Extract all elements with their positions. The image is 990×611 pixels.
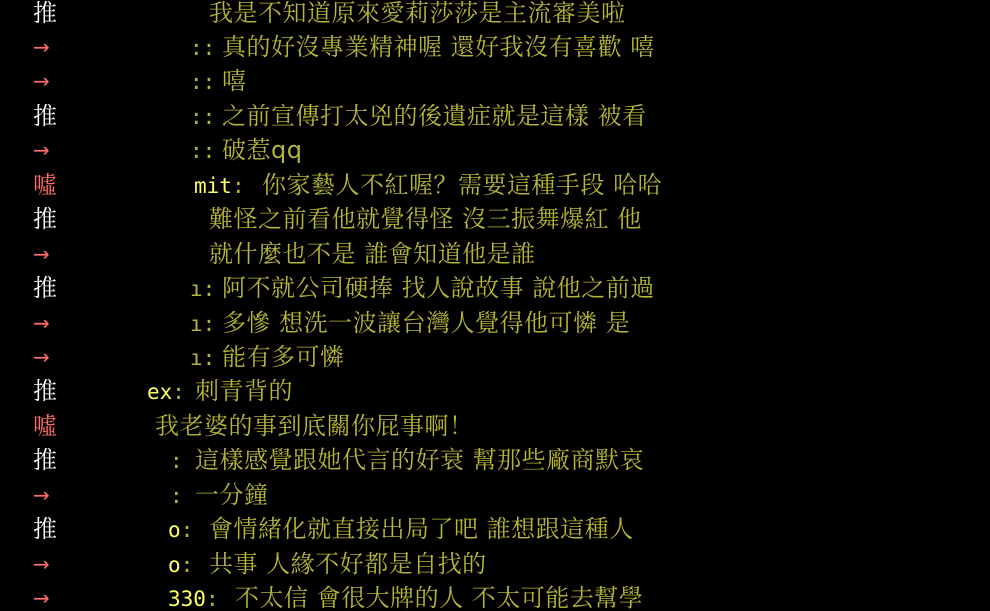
comment-text: 嘻 bbox=[222, 64, 247, 98]
arrow-tag: → bbox=[33, 581, 50, 611]
arrow-tag: → bbox=[33, 478, 50, 512]
comment-text: 阿不就公司硬捧 找人說故事 說他之前過 bbox=[222, 271, 655, 305]
boo-tag: 噓 bbox=[33, 409, 57, 443]
boo-tag: 噓 bbox=[33, 168, 57, 202]
comment-row: 推 我是不知道原來愛莉莎莎是主流審美啦 bbox=[0, 0, 990, 30]
comment-text: 多慘 想洗一波讓台灣人覺得他可憐 是 bbox=[222, 306, 630, 340]
comment-separator: : bbox=[206, 587, 219, 611]
push-tag: 推 bbox=[33, 99, 57, 133]
comment-separator: : bbox=[170, 449, 183, 473]
comment-row: 推 : 這樣感覺跟她代言的好衰 幫那些廠商默哀 bbox=[0, 443, 990, 477]
comment-text: 真的好沒專業精神喔 還好我沒有喜歡 嘻 bbox=[222, 30, 655, 64]
user-id: ex bbox=[147, 380, 172, 404]
comment-row: 推 ex: 刺青背的 bbox=[0, 374, 990, 408]
arrow-tag: → bbox=[33, 237, 50, 271]
push-tag: 推 bbox=[33, 443, 57, 477]
comment-text: 破惹qq bbox=[222, 133, 302, 167]
comment-row: 推 :: 之前宣傳打太兇的後遺症就是這樣 被看 bbox=[0, 99, 990, 133]
arrow-tag: → bbox=[33, 64, 50, 98]
comment-text: 刺青背的 bbox=[195, 374, 293, 408]
comment-text: 能有多可憐 bbox=[222, 340, 345, 374]
comment-text: 我是不知道原來愛莉莎莎是主流審美啦 bbox=[209, 0, 626, 30]
comment-separator: : bbox=[181, 553, 194, 577]
comment-separator: : bbox=[172, 380, 185, 404]
arrow-tag: → bbox=[33, 30, 50, 64]
comment-separator: :: bbox=[190, 139, 215, 163]
comment-separator: :: bbox=[190, 70, 215, 94]
comment-text: 就什麼也不是 誰會知道他是誰 bbox=[209, 237, 536, 271]
comment-row: 噓 我老婆的事到底關你屁事啊！ bbox=[0, 409, 990, 443]
ptt-terminal-comment-view: 推 我是不知道原來愛莉莎莎是主流審美啦 → :: 真的好沒專業精神喔 還好我沒有… bbox=[0, 0, 990, 611]
arrow-tag: → bbox=[33, 547, 50, 581]
comment-row: 推 ı: 阿不就公司硬捧 找人說故事 說他之前過 bbox=[0, 271, 990, 305]
push-tag: 推 bbox=[33, 0, 57, 30]
comment-row: → :: 破惹qq bbox=[0, 133, 990, 167]
user-id: o bbox=[168, 518, 181, 542]
comment-row: → ı: 能有多可憐 bbox=[0, 340, 990, 374]
arrow-tag: → bbox=[33, 340, 50, 374]
comment-row: → :: 嘻 bbox=[0, 64, 990, 98]
comment-separator: ı: bbox=[190, 312, 215, 336]
comment-row: → 就什麼也不是 誰會知道他是誰 bbox=[0, 237, 990, 271]
arrow-tag: → bbox=[33, 133, 50, 167]
comment-separator: : bbox=[232, 174, 245, 198]
comment-separator: :: bbox=[190, 105, 215, 129]
comment-text: 我老婆的事到底關你屁事啊！ bbox=[155, 409, 474, 443]
comment-text: 之前宣傳打太兇的後遺症就是這樣 被看 bbox=[222, 99, 647, 133]
comment-text: 你家藝人不紅喔？需要這種手段 哈哈 bbox=[262, 168, 662, 202]
comment-row: → :: 真的好沒專業精神喔 還好我沒有喜歡 嘻 bbox=[0, 30, 990, 64]
comment-text: 一分鐘 bbox=[195, 478, 269, 512]
user-id: o bbox=[168, 553, 181, 577]
comment-row: 推 o: 會情緒化就直接出局了吧 誰想跟這種人 bbox=[0, 512, 990, 546]
comment-text: 難怪之前看他就覺得怪 沒三振舞爆紅 他 bbox=[209, 202, 642, 236]
comment-text: 這樣感覺跟她代言的好衰 幫那些廠商默哀 bbox=[195, 443, 644, 477]
push-tag: 推 bbox=[33, 374, 57, 408]
comment-text: 會情緒化就直接出局了吧 誰想跟這種人 bbox=[209, 512, 634, 546]
comment-row: → 330: 不太信 會很大牌的人 不太可能去幫學 bbox=[0, 581, 990, 611]
user-id: mit bbox=[194, 174, 232, 198]
push-tag: 推 bbox=[33, 271, 57, 305]
comment-separator: : bbox=[170, 484, 183, 508]
comment-separator: :: bbox=[190, 36, 215, 60]
comment-text: 共事 人緣不好都是自找的 bbox=[209, 547, 487, 581]
comment-separator: ı: bbox=[190, 277, 215, 301]
comment-text: 不太信 會很大牌的人 不太可能去幫學 bbox=[235, 581, 643, 611]
comment-row: → o: 共事 人緣不好都是自找的 bbox=[0, 547, 990, 581]
arrow-tag: → bbox=[33, 306, 50, 340]
push-tag: 推 bbox=[33, 202, 57, 236]
user-id: 330 bbox=[168, 587, 206, 611]
push-tag: 推 bbox=[33, 512, 57, 546]
comment-separator: : bbox=[181, 518, 194, 542]
comment-separator: ı: bbox=[190, 346, 215, 370]
comment-row: 噓 mit: 你家藝人不紅喔？需要這種手段 哈哈 bbox=[0, 168, 990, 202]
comment-row: 推 難怪之前看他就覺得怪 沒三振舞爆紅 他 bbox=[0, 202, 990, 236]
comment-row: → : 一分鐘 bbox=[0, 478, 990, 512]
comment-row: → ı: 多慘 想洗一波讓台灣人覺得他可憐 是 bbox=[0, 306, 990, 340]
